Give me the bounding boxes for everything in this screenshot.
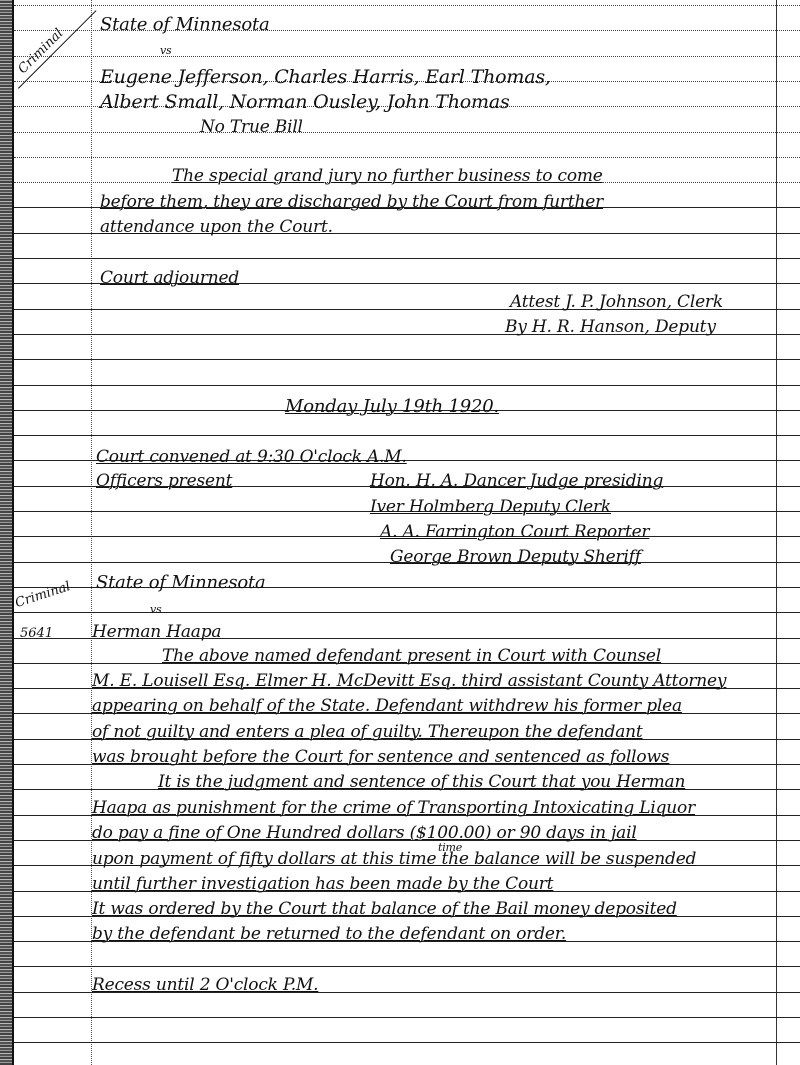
ruled-line <box>14 1042 800 1043</box>
body-line: until further investigation has been mad… <box>92 874 553 894</box>
session-date: Monday July 19th 1920. <box>285 396 499 417</box>
attest-signature: Attest J. P. Johnson, Clerk <box>510 292 723 312</box>
case-title-2: State of Minnesota <box>96 572 266 593</box>
recess: Recess until 2 O'clock P.M. <box>92 975 318 995</box>
body-line: do pay a fine of One Hundred dollars ($1… <box>92 823 637 843</box>
ruled-line <box>14 612 800 613</box>
body-line: upon payment of fifty dollars at this ti… <box>92 849 696 869</box>
defendant-name: Herman Haapa <box>92 622 221 642</box>
body-line: before them, they are discharged by the … <box>100 192 603 212</box>
versus: vs <box>160 44 171 57</box>
left-margin-line <box>12 0 14 1065</box>
ruled-line <box>14 1017 800 1018</box>
ruled-line <box>14 359 800 360</box>
officer-judge: Hon. H. A. Dancer Judge presiding <box>370 471 663 491</box>
margin-diagonal-stroke <box>18 10 96 88</box>
body-line: The above named defendant present in Cou… <box>162 646 661 666</box>
right-margin-line <box>776 0 777 1065</box>
ruled-line <box>14 385 800 386</box>
deputy-signature: By H. R. Hanson, Deputy <box>505 317 716 337</box>
ledger-page: Criminal State of Minnesota vs Eugene Je… <box>0 0 800 1065</box>
officer-court-reporter: A. A. Farrington Court Reporter <box>380 522 649 542</box>
body-line: The special grand jury no further busine… <box>172 166 603 186</box>
body-line: It was ordered by the Court that balance… <box>92 899 677 919</box>
body-line: was brought before the Court for sentenc… <box>92 747 669 767</box>
body-line: of not guilty and enters a plea of guilt… <box>92 722 643 742</box>
ruled-line <box>14 5 800 6</box>
ruled-line <box>14 56 800 57</box>
finding: No True Bill <box>200 117 303 137</box>
body-line: appearing on behalf of the State. Defend… <box>92 696 682 716</box>
officer-deputy-clerk: Iver Holmberg Deputy Clerk <box>370 497 611 517</box>
court-convened: Court convened at 9:30 O'clock A.M. <box>96 447 407 467</box>
ruled-line <box>14 258 800 259</box>
margin-label-criminal-2: Criminal <box>13 579 72 611</box>
defendants-line-1: Eugene Jefferson, Charles Harris, Earl T… <box>100 66 551 88</box>
body-line: by the defendant be returned to the defe… <box>92 924 566 944</box>
body-line: It is the judgment and sentence of this … <box>158 772 685 792</box>
ruled-line <box>14 132 800 133</box>
binding-edge <box>0 0 12 1065</box>
defendants-line-2: Albert Small, Norman Ousley, John Thomas <box>100 91 510 113</box>
adjournment: Court adjourned <box>100 268 239 288</box>
body-line: M. E. Louisell Esq. Elmer H. McDevitt Es… <box>92 671 726 691</box>
ruled-line <box>14 157 800 158</box>
officer-deputy-sheriff: George Brown Deputy Sheriff <box>390 547 641 567</box>
versus-2: vs <box>150 603 161 616</box>
case-title: State of Minnesota <box>100 14 270 35</box>
ruled-line <box>14 435 800 436</box>
case-number: 5641 <box>20 626 53 641</box>
ruled-line <box>14 966 800 967</box>
margin-label-criminal: Criminal <box>15 26 66 77</box>
body-line: attendance upon the Court. <box>100 217 333 237</box>
officers-label: Officers present <box>96 471 232 491</box>
body-line: Haapa as punishment for the crime of Tra… <box>92 798 695 818</box>
